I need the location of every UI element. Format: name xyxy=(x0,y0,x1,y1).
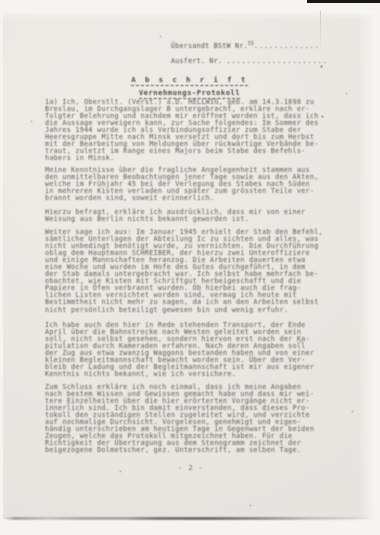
text-line: nicht persönlich beteiligt gewesen bin u… xyxy=(45,307,345,314)
header-line-2-label: Ausfert. Nr. xyxy=(171,57,222,65)
text-line: Weisung aus Berlin nichts bekannt geword… xyxy=(45,216,345,223)
page-number: - 2 - xyxy=(3,464,379,472)
paragraph-6: Zum Schluss erkläre ich noch einmal, das… xyxy=(45,384,345,454)
paragraph-4: Weiter sage ich aus: Im Januar 1945 erhi… xyxy=(45,229,345,314)
paragraph-2: Meine Kenntnisse über die fragliche Ange… xyxy=(45,167,345,202)
scanned-page: Übersandt BStW Nr.55............. Ausfer… xyxy=(0,0,380,535)
header-line-1-label: Übersandt BStW Nr. xyxy=(171,42,248,50)
header-line-2: Ausfert. Nr. .................... xyxy=(171,58,328,65)
paper-specks xyxy=(0,0,1,1)
document-subtitle-row: Vernehmungs-Protokoll xyxy=(3,88,376,97)
text-line: brannt worden sind, soweit erinnerlich. xyxy=(45,195,345,202)
fold-line xyxy=(320,11,321,53)
text-line: Kenntnis nichts bekannt, wie ich versich… xyxy=(45,371,345,378)
header-line-1: Übersandt BStW Nr.55............. xyxy=(171,41,320,50)
paragraph-5: Ich habe auch den hier in Rede stehenden… xyxy=(45,322,345,378)
paper: Übersandt BStW Nr.55............. Ausfer… xyxy=(3,10,376,519)
text-line: beigezogene Dolmetscher, gez. Unterschri… xyxy=(45,447,345,454)
page-bottom-shadow xyxy=(4,517,374,520)
text-line: habers in Minsk. xyxy=(45,155,345,162)
scanner-edge-bar xyxy=(307,0,380,3)
paragraph-1: 1a) Ich, Oberstlt. (Verst.) a.D. HELLWIG… xyxy=(45,99,345,162)
paragraph-3: Hierzu befragt, erkläre ich ausdrücklich… xyxy=(45,209,345,223)
document-title-row: A b s c h r i f t xyxy=(3,75,376,84)
header-line-1-dots: ............. xyxy=(254,42,320,50)
paper-right-fade xyxy=(358,10,376,519)
header-line-2-dots: .................... xyxy=(227,57,328,65)
document-title: A b s c h r i f t xyxy=(131,75,247,86)
